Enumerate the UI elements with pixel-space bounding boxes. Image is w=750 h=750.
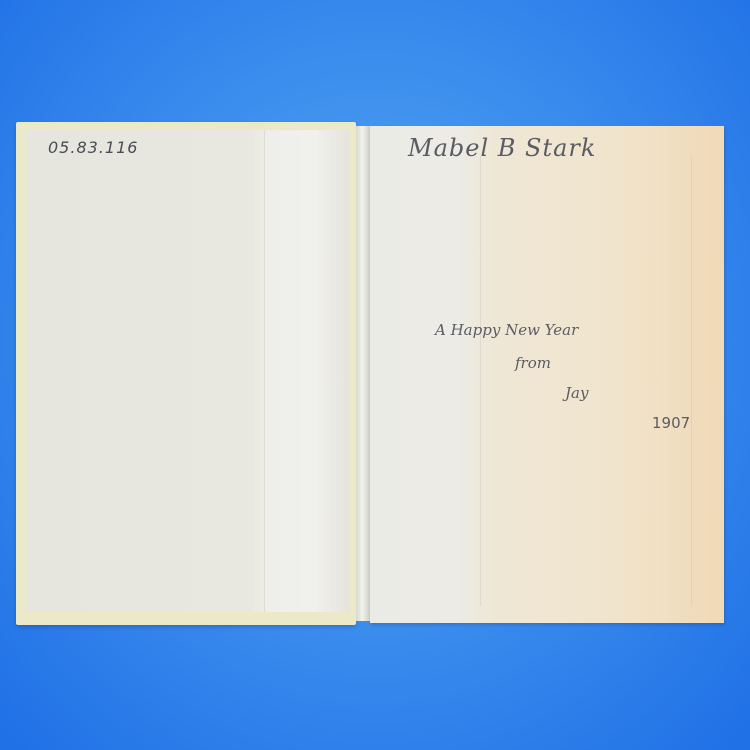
inscription-line-2: from	[515, 354, 551, 372]
accession-number: 05.83.116	[48, 138, 138, 157]
inside-front-cover: 05.83.116	[16, 122, 356, 625]
hinge-strip	[264, 130, 349, 612]
pastedown-paper: 05.83.116	[26, 130, 348, 612]
open-book: 05.83.116 Mabel B Stark A Happy New Year…	[16, 122, 724, 625]
page-frame	[480, 156, 692, 606]
owner-signature: Mabel B Stark	[408, 134, 596, 162]
inscription-line-1: A Happy New Year	[435, 321, 578, 339]
inscription-line-3: Jay	[565, 384, 588, 402]
book-gutter	[356, 126, 370, 621]
free-endpaper: Mabel B Stark A Happy New Year from Jay …	[370, 126, 724, 623]
inscription-year: 1907	[652, 414, 690, 432]
